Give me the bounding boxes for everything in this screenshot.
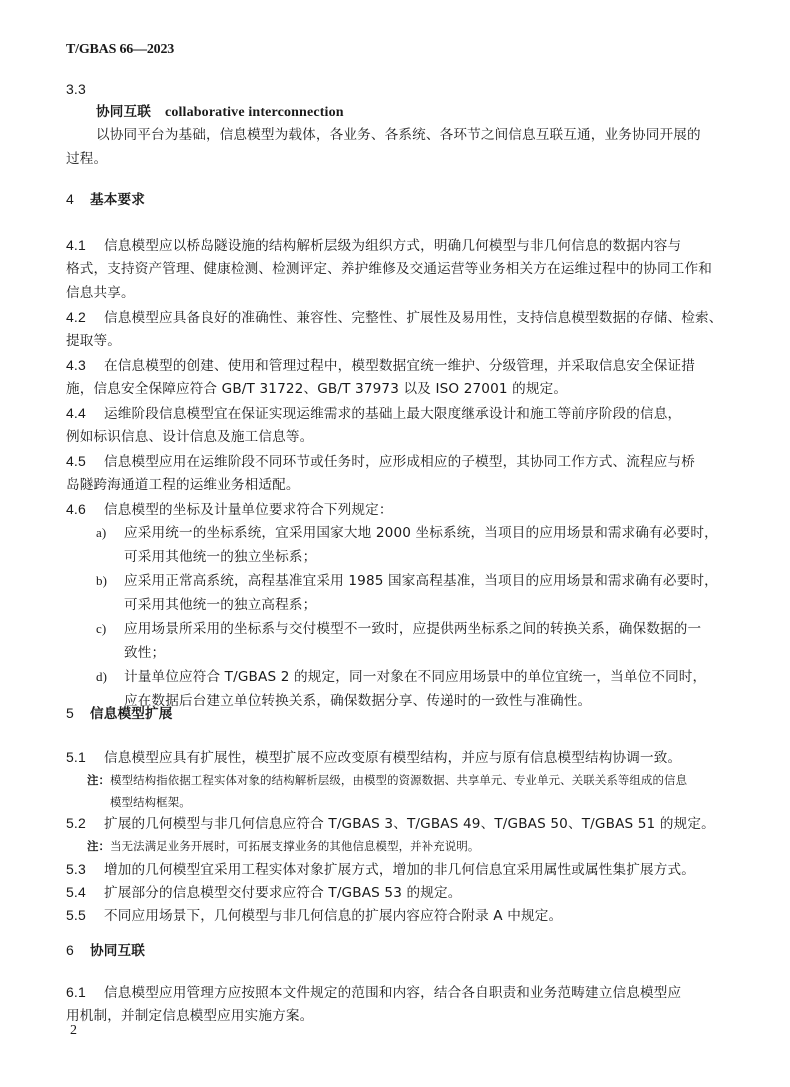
- clause-line: 例如标识信息、设计信息及施工信息等。: [66, 428, 313, 446]
- page-number: 2: [70, 1023, 77, 1039]
- clause-line: 岛隧跨海通道工程的运维业务相适配。: [66, 476, 300, 494]
- clause-line: 信息共享。: [66, 284, 135, 302]
- clause-4-6: 4.6信息模型的坐标及计量单位要求符合下列规定：: [66, 500, 393, 519]
- list-item-line: 可采用其他统一的独立坐标系；: [124, 548, 316, 566]
- clause-4-1: 4.1信息模型应以桥岛隧设施的结构解析层级为组织方式，明确几何模型与非几何信息的…: [66, 236, 681, 255]
- clause-4-5: 4.5信息模型应用在运维阶段不同环节或任务时，应形成相应的子模型，其协同工作方式…: [66, 452, 695, 471]
- section-heading-4: 4基本要求: [66, 190, 145, 209]
- document-id: T/GBAS 66—2023: [66, 42, 174, 58]
- list-item-line: 应在数据后台建立单位转换关系，确保数据分享、传递时的一致性与准确性。: [124, 692, 591, 710]
- clause-4-2: 4.2信息模型应具备良好的准确性、兼容性、完整性、扩展性及易用性，支持信息模型数…: [66, 308, 722, 327]
- list-item-a: a)应采用统一的坐标系统，宜采用国家大地 2000 坐标系统，当项目的应用场景和…: [96, 524, 718, 542]
- clause-4-3: 4.3在信息模型的创建、使用和管理过程中，模型数据宜统一维护、分级管理，并采取信…: [66, 356, 695, 375]
- clause-line: 格式，支持资产管理、健康检测、检测评定、养护维修及交通运营等业务相关方在运维过程…: [66, 260, 712, 278]
- note-5-1: 注：模型结构指依据工程实体对象的结构解析层级，由模型的资源数据、共享单元、专业单…: [87, 772, 687, 788]
- term-english: collaborative interconnection: [165, 105, 344, 120]
- clause-5-5: 5.5不同应用场景下，几何模型与非几何信息的扩展内容应符合附录 A 中规定。: [66, 906, 562, 925]
- document-page: T/GBAS 66—2023 3.3 协同互联collaborative int…: [0, 0, 790, 1087]
- clause-5-4: 5.4扩展部分的信息模型交付要求应符合 T/GBAS 53 的规定。: [66, 883, 461, 902]
- section-heading-6: 6协同互联: [66, 941, 145, 960]
- list-item-line: 可采用其他统一的独立高程系；: [124, 596, 316, 614]
- clause-5-2: 5.2扩展的几何模型与非几何信息应符合 T/GBAS 3、T/GBAS 49、T…: [66, 814, 715, 833]
- term-definition-line: 过程。: [66, 150, 107, 168]
- clause-line: 施，信息安全保障应符合 GB/T 31722、GB/T 37973 以及 ISO…: [66, 380, 567, 398]
- term-definition-line: 以协同平台为基础，信息模型为载体，各业务、各系统、各环节之间信息互联互通，业务协…: [96, 126, 701, 144]
- section-heading-5: 5信息模型扩展: [66, 704, 172, 723]
- clause-line: 提取等。: [66, 332, 121, 350]
- clause-line: 用机制，并制定信息模型应用实施方案。: [66, 1007, 313, 1025]
- term-title: 协同互联collaborative interconnection: [96, 103, 344, 122]
- clause-6-1: 6.1信息模型应用管理方应按照本文件规定的范围和内容，结合各自职责和业务范畴建立…: [66, 983, 681, 1002]
- note-5-2: 注：当无法满足业务开展时，可拓展支撑业务的其他信息模型，并补充说明。: [87, 838, 479, 854]
- term-chinese: 协同互联: [96, 104, 151, 120]
- clause-5-1: 5.1信息模型应具有扩展性，模型扩展不应改变原有模型结构，并应与原有信息模型结构…: [66, 748, 681, 767]
- list-item-b: b)应采用正常高系统，高程基准宜采用 1985 国家高程基准，当项目的应用场景和…: [96, 572, 718, 590]
- clause-5-3: 5.3增加的几何模型宜采用工程实体对象扩展方式，增加的非几何信息宜采用属性或属性…: [66, 860, 695, 879]
- clause-4-4: 4.4运维阶段信息模型宜在保证实现运维需求的基础上最大限度继承设计和施工等前序阶…: [66, 404, 681, 423]
- list-item-d: d)计量单位应符合 T/GBAS 2 的规定，同一对象在不同应用场景中的单位宜统…: [96, 668, 706, 686]
- term-number: 3.3: [66, 80, 86, 99]
- note-line: 模型结构框架。: [110, 794, 191, 810]
- list-item-c: c)应用场景所采用的坐标系与交付模型不一致时，应提供两坐标系之间的转换关系，确保…: [96, 620, 701, 638]
- list-item-line: 致性；: [124, 644, 165, 662]
